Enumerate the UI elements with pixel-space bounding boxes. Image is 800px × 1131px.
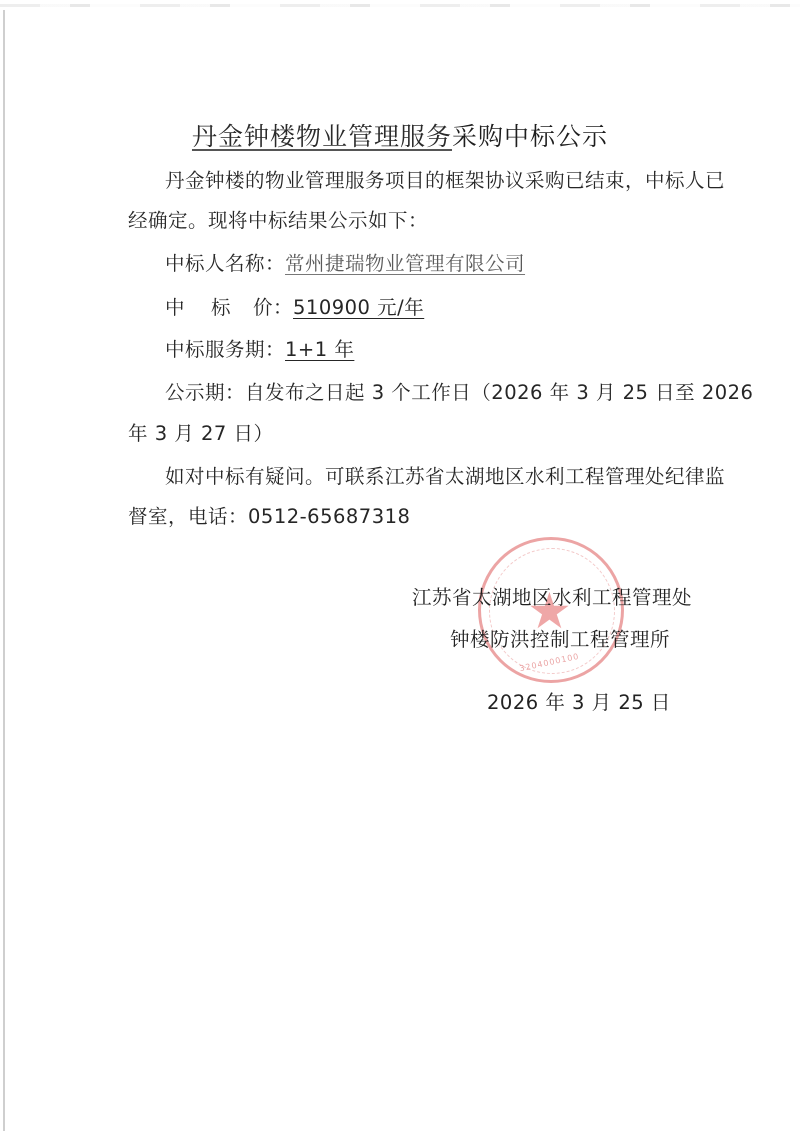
contact-line1: 如对中标有疑问。可联系江苏省太湖地区水利工程管理处纪律监 [165, 461, 725, 489]
term-label: 中标服务期： [165, 338, 285, 361]
issuer-line2: 钟楼防洪控制工程管理所 [450, 624, 670, 652]
price-label-char2: 标 [211, 292, 253, 320]
issue-date: 2026 年 3 月 25 日 [487, 687, 671, 715]
scan-edge-left [3, 10, 5, 1131]
title-rest: 采购中标公示 [452, 122, 608, 151]
winner-row: 中标人名称：常州捷瑞物业管理有限公司 [165, 248, 525, 276]
price-value: 510900 元/年 [293, 296, 424, 319]
term-row: 中标服务期：1+1 年 [165, 334, 354, 362]
intro-paragraph-line1: 丹金钟楼的物业管理服务项目的框架协议采购已结束，中标人已 [165, 165, 725, 193]
winner-value: 常州捷瑞物业管理有限公司 [285, 252, 525, 275]
price-row: 中标价：510900 元/年 [165, 292, 424, 320]
intro-paragraph-line2: 经确定。现将中标结果公示如下： [128, 205, 428, 233]
document-title: 丹金钟楼物业管理服务采购中标公示 [0, 117, 800, 153]
price-label-char1: 中 [165, 292, 211, 320]
price-label-char3: 价： [253, 296, 293, 319]
scan-edge-top [0, 4, 800, 7]
issuer-line1: 江苏省太湖地区水利工程管理处 [412, 582, 692, 610]
term-value: 1+1 年 [285, 338, 354, 361]
title-underlined-part: 丹金钟楼物业管理服务 [192, 122, 452, 151]
period-line1: 公示期：自发布之日起 3 个工作日（2026 年 3 月 25 日至 2026 [165, 377, 753, 405]
contact-line2: 督室，电话：0512-65687318 [128, 501, 410, 529]
period-line2: 年 3 月 27 日） [128, 418, 274, 446]
winner-label: 中标人名称： [165, 252, 285, 275]
official-seal: ★ 3204000100 [478, 537, 624, 683]
